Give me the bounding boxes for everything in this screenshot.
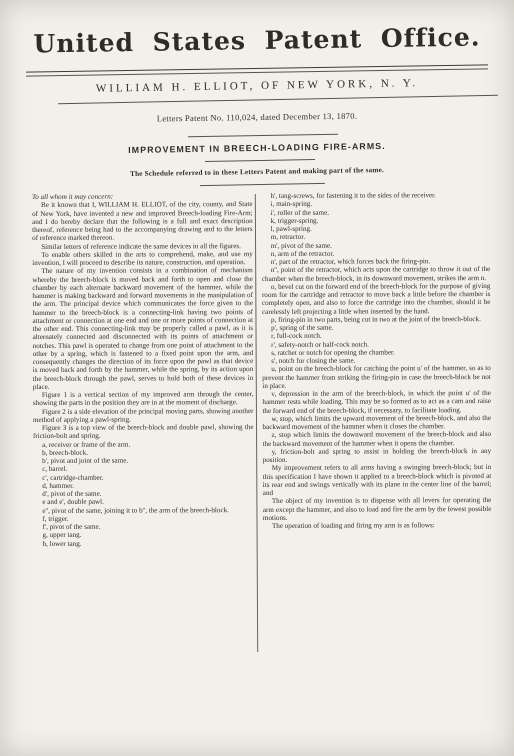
left-paragraphs: Be it known that I, WILLIAM H. ELLIOT, o… bbox=[32, 200, 254, 440]
short-rule-1 bbox=[188, 134, 338, 138]
masthead-title: United States Patent Office. bbox=[0, 22, 514, 59]
paragraph: Figure 2 is a side elevation of the prin… bbox=[33, 407, 254, 424]
reference-item: y, friction-bolt and spring to assist in… bbox=[263, 447, 492, 464]
paragraph: The nature of my invention consists in a… bbox=[32, 266, 253, 391]
paragraph: Figure 1 is a vertical section of my imp… bbox=[33, 390, 254, 407]
reference-item: p, firing-pin in two parts, being cut in… bbox=[262, 315, 491, 324]
paragraph: Figure 3 is a top view of the breech-blo… bbox=[33, 423, 254, 440]
reference-item: o, bevel cut on the forward end of the b… bbox=[262, 282, 491, 316]
short-rule-3 bbox=[200, 183, 325, 186]
short-rule-2 bbox=[205, 159, 315, 162]
left-reference-list: a, receiver or frame of the arm.b, breec… bbox=[33, 440, 254, 548]
paragraph: The object of my invention is to dispens… bbox=[263, 496, 492, 522]
paragraph: To enable others skilled in the arts to … bbox=[32, 250, 253, 267]
reference-item: e'', pivot of the same, joining it to b'… bbox=[33, 506, 254, 515]
right-paragraphs: My improvement refers to all arms having… bbox=[263, 463, 492, 530]
patent-number-line: Letters Patent No. 110,024, dated Decemb… bbox=[0, 108, 514, 125]
reference-item: w, stop, which limits the upward movemen… bbox=[262, 414, 491, 431]
inventor-line: WILLIAM H. ELLIOT, OF NEW YORK, N. Y. bbox=[0, 76, 514, 97]
right-column: h', tang-screws, for fastening it to the… bbox=[261, 191, 492, 662]
left-column: To all whom it may concern: Be it known … bbox=[32, 192, 255, 663]
reference-item: v, depression in the arm of the breech-b… bbox=[262, 389, 491, 415]
reference-item: n'', point of the retractor, which acts … bbox=[262, 265, 491, 282]
reference-item: u, point on the breech-block for catchin… bbox=[262, 364, 491, 390]
inventor-rule bbox=[58, 95, 498, 104]
invention-title: IMPROVEMENT IN BREECH-LOADING FIRE-ARMS. bbox=[0, 139, 514, 157]
reference-item: z, stop which limits the downward moveme… bbox=[263, 430, 492, 447]
patent-page: United States Patent Office. WILLIAM H. … bbox=[0, 0, 514, 756]
schedule-line: The Schedule referred to in these Letter… bbox=[0, 164, 514, 180]
reference-item: h, lower tang. bbox=[33, 539, 254, 548]
paragraph: My improvement refers to all arms having… bbox=[263, 463, 492, 497]
specification-columns: To all whom it may concern: Be it known … bbox=[32, 191, 492, 663]
paragraph: The operation of loading and firing my a… bbox=[263, 521, 492, 530]
right-reference-list: h', tang-screws, for fastening it to the… bbox=[261, 191, 491, 464]
paragraph: Be it known that I, WILLIAM H. ELLIOT, o… bbox=[32, 200, 253, 242]
